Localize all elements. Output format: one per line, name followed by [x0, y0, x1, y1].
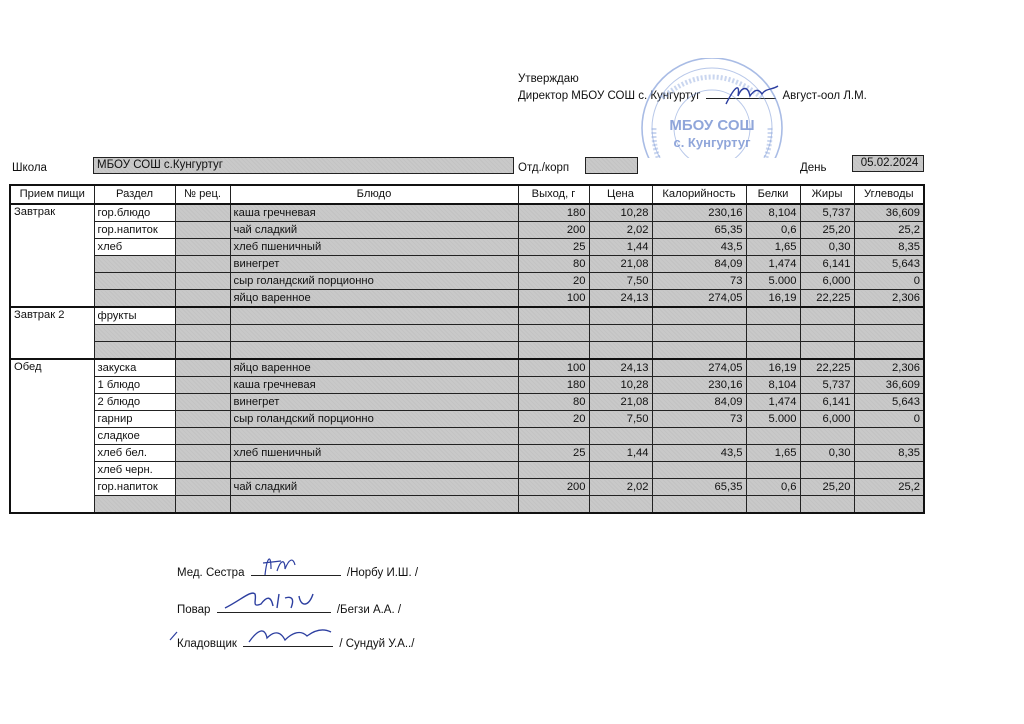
official-stamp: МБОУ СОШ с. Кунгуртуг — [624, 58, 800, 158]
fat-cell[interactable]: 6,000 — [800, 411, 854, 428]
dish-cell[interactable]: яйцо варенное — [230, 290, 518, 308]
price-cell[interactable]: 24,13 — [589, 359, 652, 377]
carbs-cell[interactable]: 2,306 — [854, 359, 924, 377]
nurse-signature-icon — [259, 551, 299, 577]
section-cell[interactable]: гор.напиток — [94, 479, 175, 496]
carbs-cell[interactable]: 5,643 — [854, 394, 924, 411]
recipe-cell[interactable] — [175, 256, 230, 273]
yield-cell[interactable] — [518, 462, 589, 479]
school-field[interactable]: МБОУ СОШ с.Кунгуртуг — [93, 157, 514, 174]
col-fat: Жиры — [800, 185, 854, 204]
recipe-cell[interactable] — [175, 204, 230, 222]
yield-cell[interactable]: 80 — [518, 256, 589, 273]
dish-cell[interactable]: чай сладкий — [230, 479, 518, 496]
fat-cell[interactable]: 6,000 — [800, 273, 854, 290]
price-cell[interactable] — [589, 325, 652, 342]
section-cell[interactable]: сладкое — [94, 428, 175, 445]
price-cell[interactable]: 2,02 — [589, 479, 652, 496]
dept-label: Отд./корп — [518, 162, 569, 174]
carbs-cell[interactable] — [854, 342, 924, 360]
dish-cell[interactable] — [230, 496, 518, 514]
dept-field[interactable] — [585, 157, 638, 174]
recipe-cell[interactable] — [175, 411, 230, 428]
dish-cell[interactable]: чай сладкий — [230, 222, 518, 239]
col-protein: Белки — [746, 185, 800, 204]
fat-cell[interactable]: 25,20 — [800, 222, 854, 239]
section-cell[interactable]: хлеб черн. — [94, 462, 175, 479]
price-cell[interactable] — [589, 342, 652, 360]
protein-cell[interactable]: 5.000 — [746, 273, 800, 290]
table-row: Обедзакускаяйцо варенное10024,13274,0516… — [10, 359, 924, 377]
section-cell[interactable]: гор.блюдо — [94, 204, 175, 222]
carbs-cell[interactable]: 2,306 — [854, 290, 924, 308]
recipe-cell[interactable] — [175, 428, 230, 445]
stamp-icon: МБОУ СОШ с. Кунгуртуг — [624, 58, 800, 158]
fat-cell[interactable]: 0,30 — [800, 445, 854, 462]
price-cell[interactable] — [589, 428, 652, 445]
signature-name: /Бегзи А.А. / — [337, 604, 401, 616]
recipe-cell[interactable] — [175, 325, 230, 342]
table-row: хлеб черн. — [10, 462, 924, 479]
fat-cell[interactable] — [800, 496, 854, 514]
protein-cell[interactable] — [746, 307, 800, 325]
svg-text:МБОУ СОШ: МБОУ СОШ — [669, 117, 754, 134]
carbs-cell[interactable]: 8,35 — [854, 239, 924, 256]
kcal-cell[interactable] — [652, 428, 746, 445]
section-cell[interactable] — [94, 496, 175, 514]
section-cell[interactable] — [94, 256, 175, 273]
kcal-cell[interactable] — [652, 462, 746, 479]
table-row: Завтрак 2фрукты — [10, 307, 924, 325]
section-cell[interactable] — [94, 273, 175, 290]
price-cell[interactable]: 21,08 — [589, 394, 652, 411]
price-cell[interactable]: 1,44 — [589, 445, 652, 462]
signature-line — [217, 600, 331, 613]
fat-cell[interactable]: 0,30 — [800, 239, 854, 256]
recipe-cell[interactable] — [175, 342, 230, 360]
recipe-cell[interactable] — [175, 496, 230, 514]
table-row: хлебхлеб пшеничный251,4443,51,650,308,35 — [10, 239, 924, 256]
cook-signature-icon — [221, 586, 321, 614]
kcal-cell[interactable]: 43,5 — [652, 239, 746, 256]
kcal-cell[interactable]: 73 — [652, 273, 746, 290]
kcal-cell[interactable]: 43,5 — [652, 445, 746, 462]
table-row: винегрет8021,0884,091,4746,1415,643 — [10, 256, 924, 273]
kcal-cell[interactable]: 274,05 — [652, 359, 746, 377]
protein-cell[interactable]: 0,6 — [746, 479, 800, 496]
signature-line — [243, 634, 333, 647]
section-cell[interactable]: фрукты — [94, 307, 175, 325]
meal-cell[interactable]: Обед — [10, 359, 94, 513]
signature-cook: Повар /Бегзи А.А. / — [177, 600, 401, 616]
price-cell[interactable]: 7,50 — [589, 411, 652, 428]
table-row: гор.напитокчай сладкий2002,0265,350,625,… — [10, 222, 924, 239]
protein-cell[interactable] — [746, 342, 800, 360]
section-cell[interactable]: хлеб — [94, 239, 175, 256]
signature-role: Кладовщик — [177, 638, 237, 650]
signature-storekeeper: Кладовщик / Сундуй У.А../ — [177, 634, 414, 650]
fat-cell[interactable] — [800, 342, 854, 360]
kcal-cell[interactable]: 230,16 — [652, 377, 746, 394]
dish-cell[interactable]: винегрет — [230, 256, 518, 273]
table-row: гор.напитокчай сладкий2002,0265,350,625,… — [10, 479, 924, 496]
signature-nurse: Мед. Сестра /Норбу И.Ш. / — [177, 563, 418, 579]
price-cell[interactable]: 1,44 — [589, 239, 652, 256]
carbs-cell[interactable] — [854, 428, 924, 445]
director-signature-icon — [722, 82, 782, 108]
recipe-cell[interactable] — [175, 359, 230, 377]
table-row: сыр голандский порционно207,50735.0006,0… — [10, 273, 924, 290]
kcal-cell[interactable]: 65,35 — [652, 479, 746, 496]
kcal-cell[interactable] — [652, 307, 746, 325]
fat-cell[interactable] — [800, 307, 854, 325]
kcal-cell[interactable]: 230,16 — [652, 204, 746, 222]
price-cell[interactable]: 7,50 — [589, 273, 652, 290]
recipe-cell[interactable] — [175, 307, 230, 325]
col-recipe: № рец. — [175, 185, 230, 204]
table-row: яйцо варенное10024,13274,0516,1922,2252,… — [10, 290, 924, 308]
price-cell[interactable]: 21,08 — [589, 256, 652, 273]
col-carbs: Углеводы — [854, 185, 924, 204]
dish-cell[interactable]: каша гречневая — [230, 377, 518, 394]
yield-cell[interactable] — [518, 496, 589, 514]
price-cell[interactable] — [589, 496, 652, 514]
dish-cell[interactable]: хлеб пшеничный — [230, 445, 518, 462]
yield-cell[interactable]: 100 — [518, 359, 589, 377]
yield-cell[interactable]: 20 — [518, 273, 589, 290]
signature-name: / Сундуй У.А../ — [339, 638, 414, 650]
dish-cell[interactable] — [230, 462, 518, 479]
protein-cell[interactable]: 8,104 — [746, 204, 800, 222]
table-row — [10, 342, 924, 360]
table-row: 1 блюдокаша гречневая18010,28230,168,104… — [10, 377, 924, 394]
protein-cell[interactable] — [746, 428, 800, 445]
menu-table-body: Завтракгор.блюдокаша гречневая18010,2823… — [10, 204, 924, 513]
signature-role: Мед. Сестра — [177, 567, 244, 579]
price-cell[interactable]: 2,02 — [589, 222, 652, 239]
kcal-cell[interactable] — [652, 496, 746, 514]
yield-cell[interactable] — [518, 307, 589, 325]
fat-cell[interactable]: 5,737 — [800, 377, 854, 394]
carbs-cell[interactable]: 25,2 — [854, 222, 924, 239]
price-cell[interactable]: 24,13 — [589, 290, 652, 308]
carbs-cell[interactable] — [854, 307, 924, 325]
yield-cell[interactable]: 180 — [518, 377, 589, 394]
kcal-cell[interactable]: 65,35 — [652, 222, 746, 239]
meal-cell[interactable]: Завтрак 2 — [10, 307, 94, 359]
protein-cell[interactable]: 1,474 — [746, 256, 800, 273]
table-row — [10, 325, 924, 342]
kcal-cell[interactable]: 73 — [652, 411, 746, 428]
kcal-cell[interactable] — [652, 342, 746, 360]
section-cell[interactable]: закуска — [94, 359, 175, 377]
carbs-cell[interactable]: 0 — [854, 411, 924, 428]
protein-cell[interactable]: 16,19 — [746, 359, 800, 377]
yield-cell[interactable] — [518, 325, 589, 342]
price-cell[interactable]: 10,28 — [589, 377, 652, 394]
dish-cell[interactable]: сыр голандский порционно — [230, 273, 518, 290]
svg-text:с. Кунгуртуг: с. Кунгуртуг — [673, 135, 751, 150]
price-cell[interactable]: 10,28 — [589, 204, 652, 222]
recipe-cell[interactable] — [175, 290, 230, 308]
fat-cell[interactable] — [800, 428, 854, 445]
dish-cell[interactable] — [230, 428, 518, 445]
table-row: Завтракгор.блюдокаша гречневая18010,2823… — [10, 204, 924, 222]
signature-line — [251, 563, 341, 576]
dish-cell[interactable] — [230, 325, 518, 342]
yield-cell[interactable]: 25 — [518, 239, 589, 256]
protein-cell[interactable]: 0,6 — [746, 222, 800, 239]
menu-table: Прием пищи Раздел № рец. Блюдо Выход, г … — [9, 184, 925, 514]
protein-cell[interactable]: 8,104 — [746, 377, 800, 394]
protein-cell[interactable]: 1,474 — [746, 394, 800, 411]
yield-cell[interactable]: 200 — [518, 479, 589, 496]
protein-cell[interactable]: 1,65 — [746, 445, 800, 462]
meal-cell[interactable]: Завтрак — [10, 204, 94, 307]
kcal-cell[interactable]: 274,05 — [652, 290, 746, 308]
table-row — [10, 496, 924, 514]
fat-cell[interactable]: 6,141 — [800, 394, 854, 411]
section-cell[interactable]: гор.напиток — [94, 222, 175, 239]
section-cell[interactable]: гарнир — [94, 411, 175, 428]
storekeeper-signature-icon — [245, 624, 335, 648]
recipe-cell[interactable] — [175, 377, 230, 394]
dish-cell[interactable]: хлеб пшеничный — [230, 239, 518, 256]
carbs-cell[interactable]: 36,609 — [854, 377, 924, 394]
protein-cell[interactable]: 16,19 — [746, 290, 800, 308]
carbs-cell[interactable]: 5,643 — [854, 256, 924, 273]
carbs-cell[interactable] — [854, 496, 924, 514]
dish-cell[interactable]: каша гречневая — [230, 204, 518, 222]
carbs-cell[interactable] — [854, 325, 924, 342]
dish-cell[interactable] — [230, 342, 518, 360]
yield-cell[interactable]: 180 — [518, 204, 589, 222]
price-cell[interactable] — [589, 307, 652, 325]
fat-cell[interactable]: 22,225 — [800, 290, 854, 308]
section-cell[interactable] — [94, 342, 175, 360]
recipe-cell[interactable] — [175, 239, 230, 256]
carbs-cell[interactable]: 25,2 — [854, 479, 924, 496]
kcal-cell[interactable]: 84,09 — [652, 394, 746, 411]
price-cell[interactable] — [589, 462, 652, 479]
recipe-cell[interactable] — [175, 479, 230, 496]
col-dish: Блюдо — [230, 185, 518, 204]
carbs-cell[interactable]: 0 — [854, 273, 924, 290]
recipe-cell[interactable] — [175, 222, 230, 239]
fat-cell[interactable]: 6,141 — [800, 256, 854, 273]
carbs-cell[interactable] — [854, 462, 924, 479]
table-row: хлеб бел.хлеб пшеничный251,4443,51,650,3… — [10, 445, 924, 462]
carbs-cell[interactable]: 8,35 — [854, 445, 924, 462]
day-label: День — [800, 162, 827, 174]
fat-cell[interactable] — [800, 462, 854, 479]
table-row: гарнирсыр голандский порционно207,50735.… — [10, 411, 924, 428]
protein-cell[interactable] — [746, 496, 800, 514]
signature-name: /Норбу И.Ш. / — [347, 567, 418, 579]
section-cell[interactable] — [94, 290, 175, 308]
kcal-cell[interactable] — [652, 325, 746, 342]
recipe-cell[interactable] — [175, 273, 230, 290]
col-yield: Выход, г — [518, 185, 589, 204]
table-row: 2 блюдовинегрет8021,0884,091,4746,1415,6… — [10, 394, 924, 411]
dish-cell[interactable] — [230, 307, 518, 325]
recipe-cell[interactable] — [175, 462, 230, 479]
tick-mark-icon — [169, 630, 179, 642]
section-cell[interactable] — [94, 325, 175, 342]
protein-cell[interactable] — [746, 462, 800, 479]
yield-cell[interactable]: 80 — [518, 394, 589, 411]
dish-cell[interactable]: сыр голандский порционно — [230, 411, 518, 428]
col-kcal: Калорийность — [652, 185, 746, 204]
dish-cell[interactable]: винегрет — [230, 394, 518, 411]
yield-cell[interactable]: 200 — [518, 222, 589, 239]
fat-cell[interactable]: 22,225 — [800, 359, 854, 377]
carbs-cell[interactable]: 36,609 — [854, 204, 924, 222]
yield-cell[interactable]: 20 — [518, 411, 589, 428]
section-cell[interactable]: хлеб бел. — [94, 445, 175, 462]
col-meal: Прием пищи — [10, 185, 94, 204]
recipe-cell[interactable] — [175, 394, 230, 411]
kcal-cell[interactable]: 84,09 — [652, 256, 746, 273]
section-cell[interactable]: 1 блюдо — [94, 377, 175, 394]
yield-cell[interactable]: 25 — [518, 445, 589, 462]
col-price: Цена — [589, 185, 652, 204]
col-section: Раздел — [94, 185, 175, 204]
dish-cell[interactable]: яйцо варенное — [230, 359, 518, 377]
table-row: сладкое — [10, 428, 924, 445]
section-cell[interactable]: 2 блюдо — [94, 394, 175, 411]
fat-cell[interactable]: 25,20 — [800, 479, 854, 496]
table-header-row: Прием пищи Раздел № рец. Блюдо Выход, г … — [10, 185, 924, 204]
yield-cell[interactable]: 100 — [518, 290, 589, 308]
protein-cell[interactable]: 5.000 — [746, 411, 800, 428]
recipe-cell[interactable] — [175, 445, 230, 462]
fat-cell[interactable]: 5,737 — [800, 204, 854, 222]
protein-cell[interactable]: 1,65 — [746, 239, 800, 256]
protein-cell[interactable] — [746, 325, 800, 342]
yield-cell[interactable] — [518, 428, 589, 445]
fat-cell[interactable] — [800, 325, 854, 342]
signature-role: Повар — [177, 604, 210, 616]
school-label: Школа — [12, 162, 47, 174]
yield-cell[interactable] — [518, 342, 589, 360]
day-field[interactable]: 05.02.2024 — [852, 155, 924, 172]
